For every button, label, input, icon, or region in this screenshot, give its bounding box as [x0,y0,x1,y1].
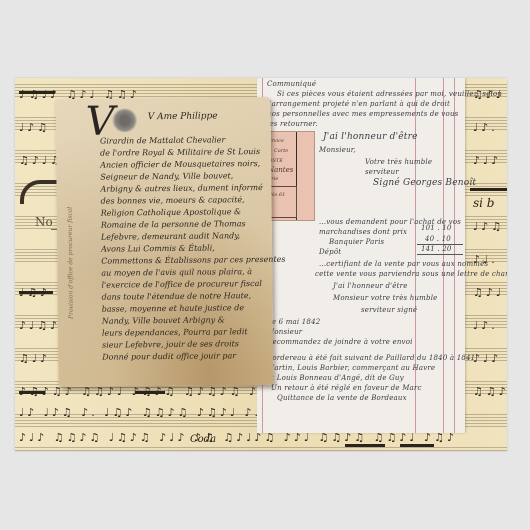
account-line: et Louis Bonneau d'Angé, dit de Guy [267,374,404,382]
ledger-text-line: serviteur [365,168,399,176]
account-line: Bordereau à été fait suivant de Paillard… [267,354,475,362]
account-line: marchandises dont prix [319,228,407,236]
parchment-line: Ancien officier de Mousquetaires noirs, [100,159,260,170]
wax-seal-stamp [112,108,138,132]
account-line: J'ai l'honneur d'être [333,282,408,290]
parchment-heading: V Ame Philippe [148,111,218,122]
parchment-line: au moyen de l'avis quil nous plaira, à [101,267,252,278]
parchment-line: sieur Lefebvre, jouir de ses droits [102,339,239,349]
parchment-line: Seigneur de Nandy, Ville bouvet, [100,171,233,181]
parchment-line: des bonnes vie, moeurs & capacité, [101,195,245,206]
music-notes-row: ♫♫♪ [473,375,507,408]
music-notes-row: ♩♪. [473,309,498,342]
ledger-text-line: Monsieur, [319,146,356,154]
music-beam [19,291,53,294]
amount-total: 141 . 20 [421,245,452,253]
dynamics-marking: si b [473,196,495,210]
parchment-line: Arbigny & autres lieux, dument informé [100,183,262,194]
parchment-line: dans toute l'étendue de notre Haute, [102,291,252,302]
ledger-column-rule [454,78,455,433]
ledger-text-line: les retourner. [267,120,318,128]
ledger-text-line: nos personnelles avec mes empressements … [267,110,458,118]
parchment-line: Nandy, Ville bouvet Arbigny & [102,315,225,325]
music-beam [400,444,434,447]
music-beam [19,391,45,394]
account-line: Un retour à été réglé en faveur de Marc [271,384,422,392]
parchment-line: basse, moyenne et haute justice de [102,303,244,313]
account-line: Recommandez de joindre à votre envoi [267,338,413,346]
ledger-text-line: Communiqué [267,80,316,88]
account-line: Martin, Louis Barbier, commerçant au Hav… [267,364,435,372]
music-notes-row: ♩♪. [473,111,498,144]
ledger-text-line: Si ces pièces vous étaient adressées par… [277,90,502,98]
music-notes-row: ♪♩♪ [473,342,501,375]
music-notes-row: ♩♪♫ [473,210,504,243]
parchment-line: Religion Catholique Apostolique & [101,207,242,217]
parchment-line: Girardin de Mattalot Chevalier [100,135,225,145]
account-line: Banquier Paris [329,238,384,246]
account-line: Monsieur votre très humble [333,294,437,302]
parchment-line: l'exercice de l'office de procureur fisc… [101,279,262,290]
parchment-line: leurs dependances, Pourra par ledit [102,327,248,338]
ledger-text-line: Votre très humble [365,158,432,166]
music-beam [470,188,507,191]
collage-image: ♪♫♩♪ ♫♪♩ ♫♫♪ ♩♪♫ ♪♩♪ ♫♩ ♫♪♩♫ ♪♫♩♪ ♩♫♪ ♫♩… [15,78,507,451]
sum-line [417,254,463,255]
signature: Signé Georges Benoît [373,178,476,188]
account-line: serviteur signé [361,306,417,314]
ticket-text: Carte [274,148,288,154]
ticket-text: Nantes [268,166,293,174]
ledger-text-line: l'arrangement projeté n'en parlant à qui… [267,100,450,108]
parchment-line: Commettons & Établissons par ces present… [101,255,285,266]
number-label: No [35,215,53,229]
parchment-line: Donné pour dudit office jouir par [102,351,236,361]
account-line: Quittance de la vente de Bordeaux [277,394,407,402]
account-line: Dépôt [319,248,341,256]
amount: 101 . 10 [421,224,452,232]
parchment-line: Romaine de la personne de Thomas [101,219,246,230]
coda-label: Coda [190,434,216,445]
ledger-column-rule [443,78,444,433]
parchment-margin-note: Provision d'office de procureur fiscal [67,207,75,319]
account-line: cette vente vous parviendra sous une let… [315,270,507,278]
parchment-line: Avons Lui Commis & Établi, [101,243,215,253]
parchment-line: de l'ordre Royal & Militaire de St Louis [100,147,260,158]
music-beam [345,444,385,447]
ticket-text: No 61 [270,192,285,198]
ledger-text-line: J'ai l'honneur d'être [323,132,418,142]
music-beam [19,91,55,94]
account-line: ...certifiant de la vente par vous aux n… [319,260,488,268]
amount: 40 . 10 [425,235,451,243]
antique-parchment-document: V V Ame Philippe Girardin de Mattalot Ch… [55,97,273,387]
music-beam [135,391,165,394]
music-notes-row: ♫♪♩ [473,276,504,309]
music-notes-row: ♪♩♪ [473,144,501,177]
parchment-line: Lefebvre, demeurant audit Nandy, [101,231,240,241]
account-line: Le 6 mai 1842 [267,318,320,326]
